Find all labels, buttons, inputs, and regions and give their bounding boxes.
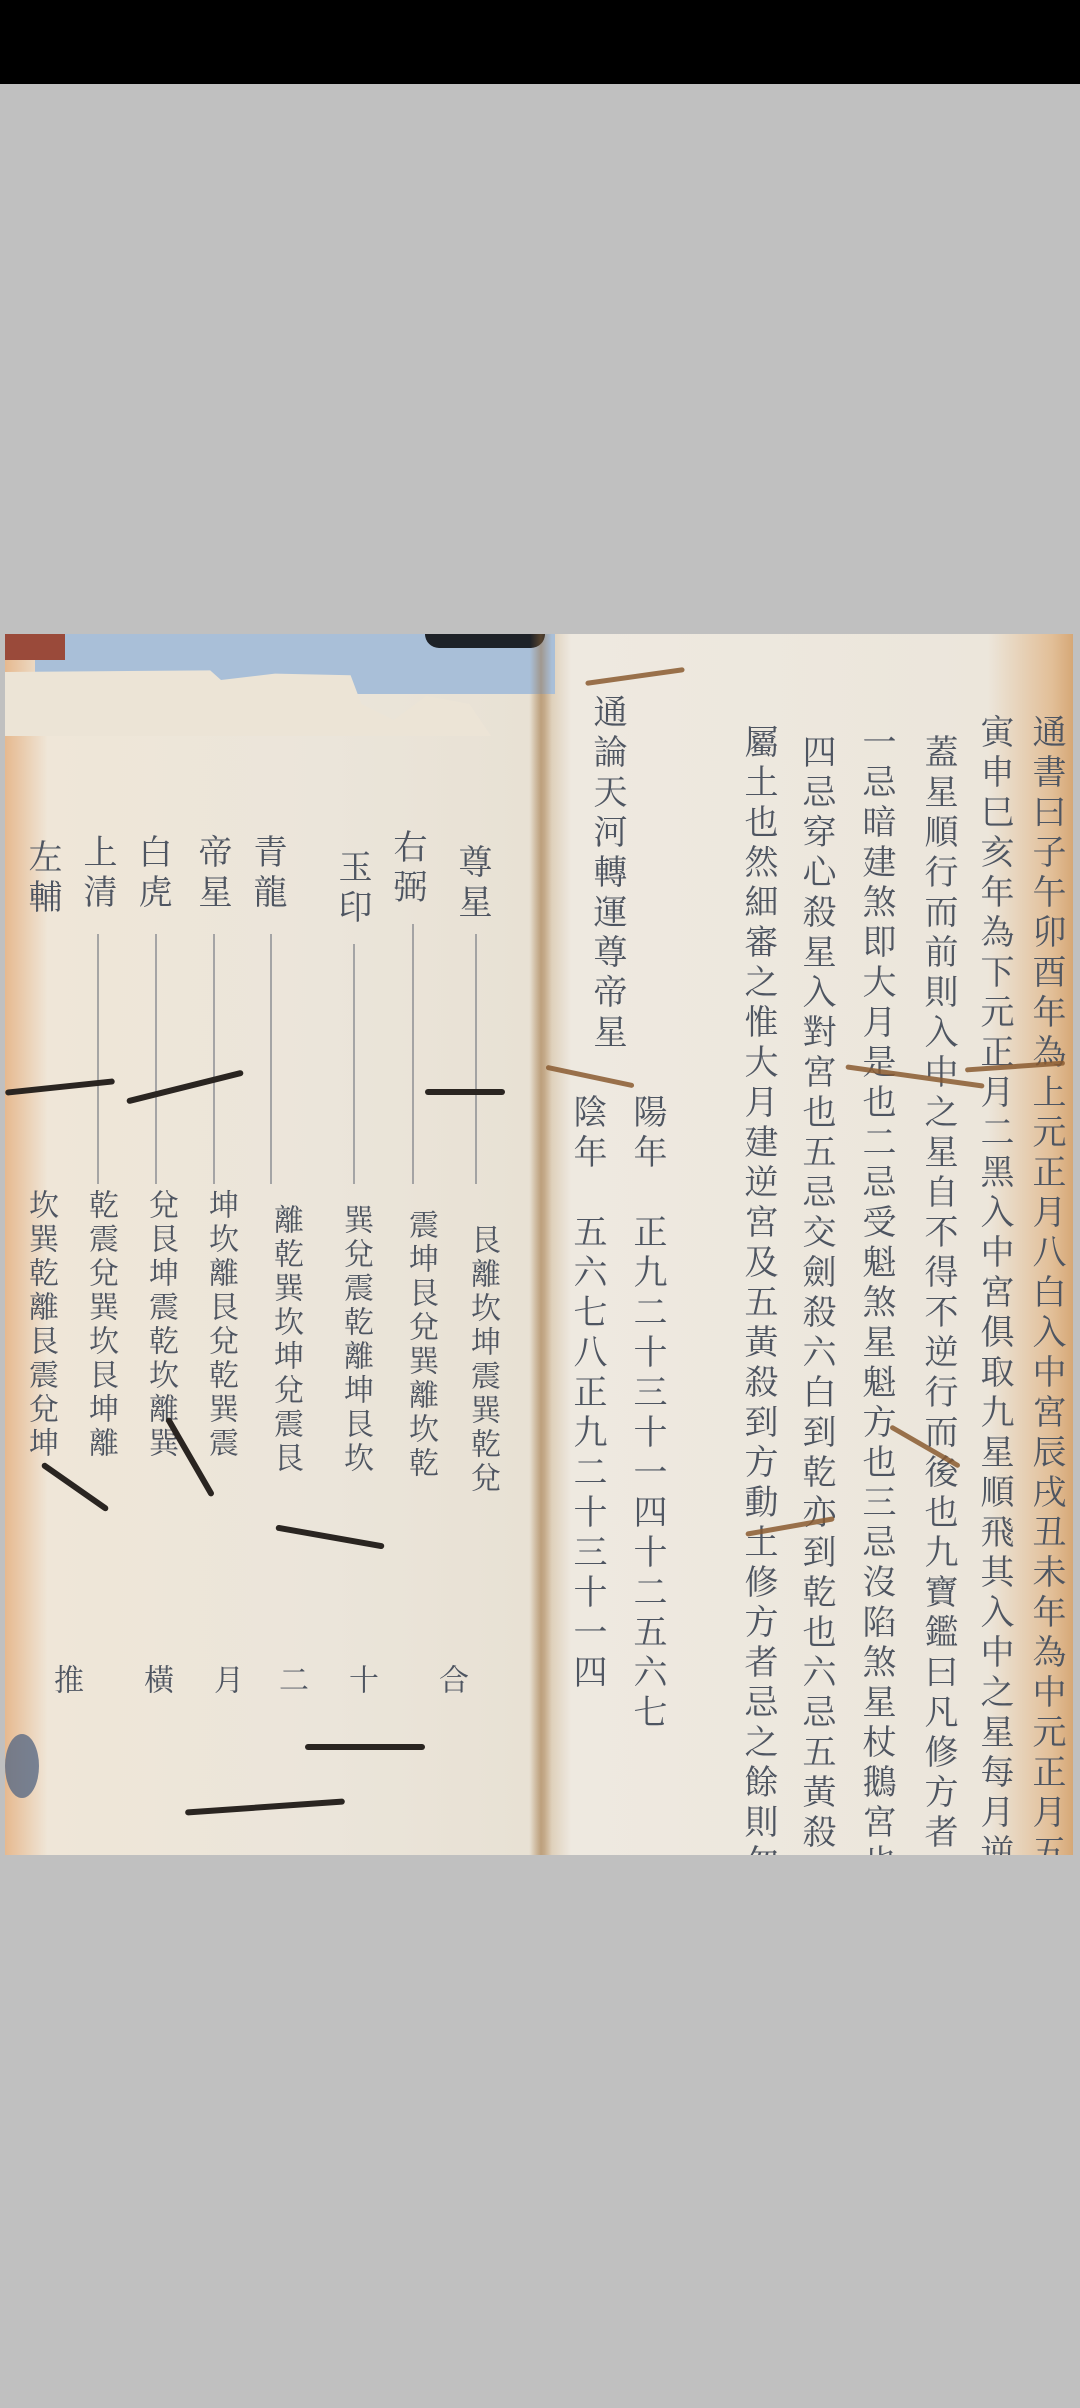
paper-tear <box>545 1065 634 1089</box>
header-shangqing: 上清 <box>80 834 114 914</box>
text-column-2: 寅申巳亥年為下元正月二黑入中宮俱取九星順飛其入中之星每月逆退一位 <box>977 714 1011 1834</box>
header-zunxing: 尊星 <box>455 844 489 924</box>
trigram-column-3: 巽兌震乾離坤艮坎 <box>340 1204 370 1476</box>
header-zuofu: 左輔 <box>25 839 59 919</box>
text-column-3: 蓋星順行而前則入中之星自不得不逆行而後也九寶鑑曰凡修方者 <box>921 734 955 1834</box>
footer-char-yue: 月 <box>210 1664 240 1698</box>
trigram-column-2: 震坤艮兌巽離坎乾 <box>405 1209 435 1481</box>
header-youbi: 右弼 <box>390 829 424 909</box>
status-bar <box>0 0 1080 84</box>
paper-crack <box>185 1798 345 1815</box>
footer-char-er: 二 <box>275 1664 305 1698</box>
yang-year-label: 陽年 <box>630 1094 664 1174</box>
yang-year-months: 正九二十三十一四十二五六七 <box>630 1214 664 1734</box>
footer-char-he: 合 <box>435 1664 465 1698</box>
footer-char-heng: 橫 <box>140 1664 170 1698</box>
footer-char-tui: 推 <box>50 1664 80 1698</box>
column-rule <box>155 934 157 1184</box>
trigram-column-7: 乾震兌巽坎艮坤離 <box>85 1189 115 1461</box>
trigram-column-8: 坎巽乾離艮震兌坤 <box>25 1189 55 1461</box>
paper-crack <box>425 1089 505 1095</box>
yin-year-months: 五六七八正九二十三十一四 <box>570 1214 604 1694</box>
background-red-object <box>5 634 65 660</box>
book-spine-fold <box>530 634 552 1855</box>
paper-tear <box>585 667 685 686</box>
header-qinglong: 青龍 <box>250 834 284 914</box>
text-column-6: 屬土也然細審之惟大月建逆宮及五黃殺到方動土修方者忌之餘則勿忌也 <box>741 724 775 1834</box>
manuscript-photo[interactable]: 通書曰子午卯酉年為上元正月八白入中宮辰戌丑未年為中元正月五黃入中宮 寅申巳亥年為… <box>5 634 1073 1855</box>
column-rule <box>270 934 272 1184</box>
header-dixing: 帝星 <box>195 834 229 914</box>
column-rule <box>97 934 99 1184</box>
text-column-4: 一忌暗建煞即大月是也二忌受魁煞星魁方也三忌沒陷煞星杖鵝宮也 <box>859 724 893 1824</box>
column-rule <box>475 934 477 1184</box>
ink-stain <box>5 1734 39 1798</box>
trigram-column-1: 艮離坎坤震巽乾兌 <box>467 1224 497 1496</box>
paper-crack <box>41 1462 110 1513</box>
paper-crack <box>305 1744 425 1750</box>
text-column-5: 四忌穿心殺星入對宮也五忌交劍殺六白到乾亦到乾也六忌五黃殺以其 <box>799 734 833 1834</box>
paper-crack <box>275 1524 384 1549</box>
column-rule <box>213 934 215 1184</box>
text-column-1: 通書曰子午卯酉年為上元正月八白入中宮辰戌丑未年為中元正月五黃入中宮 <box>1029 714 1063 1834</box>
header-baihu: 白虎 <box>135 834 169 914</box>
section-title: 通論天河轉運尊帝星 <box>590 694 624 1054</box>
paper-crack <box>126 1070 244 1105</box>
column-rule <box>353 944 355 1184</box>
background-dark-object <box>425 634 545 648</box>
yin-year-label: 陰年 <box>570 1094 604 1174</box>
header-yuyin: 玉印 <box>335 849 369 929</box>
trigram-column-4: 離乾巽坎坤兌震艮 <box>270 1204 300 1476</box>
footer-char-shi: 十 <box>345 1664 375 1698</box>
column-rule <box>412 924 414 1184</box>
trigram-column-5: 坤坎離艮兌乾巽震 <box>205 1189 235 1461</box>
